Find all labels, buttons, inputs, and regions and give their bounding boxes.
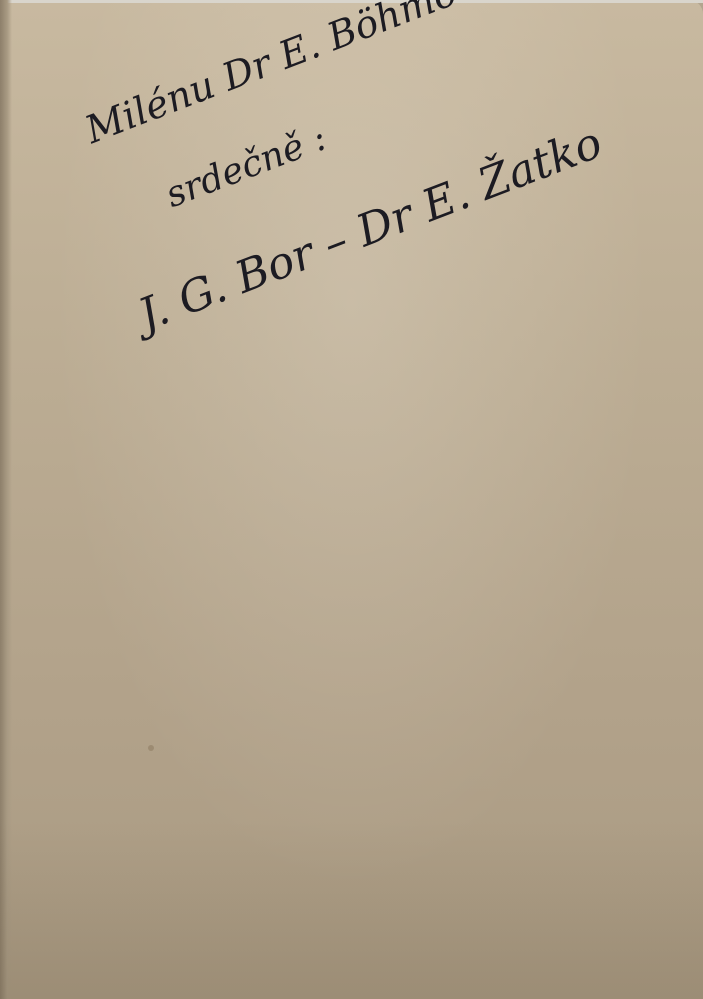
bottom-shadow bbox=[0, 819, 703, 999]
paper-speck bbox=[148, 745, 154, 751]
background-strip bbox=[0, 0, 703, 3]
